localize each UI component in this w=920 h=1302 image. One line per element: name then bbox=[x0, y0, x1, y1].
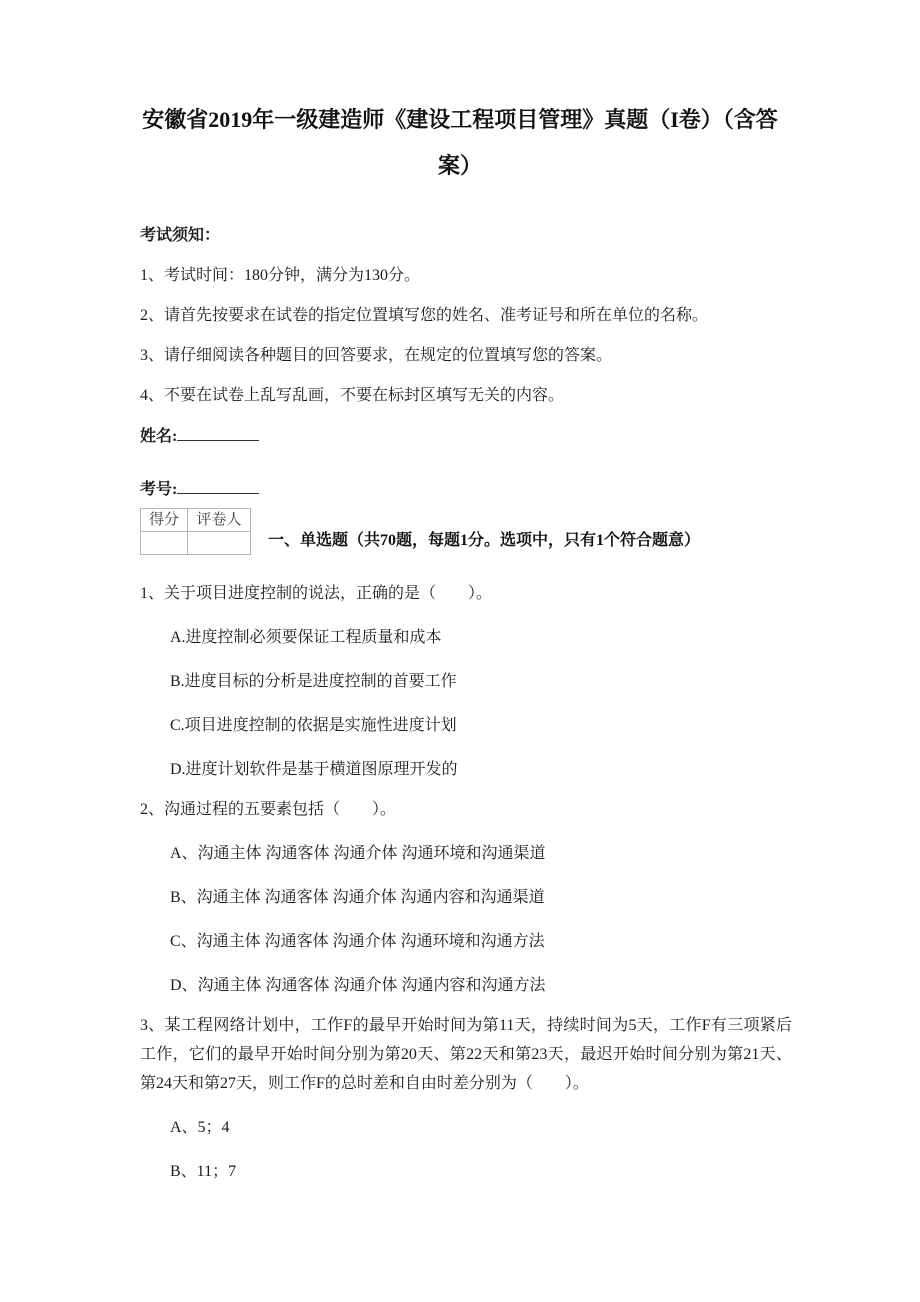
question-3-option-b: B、11；7 bbox=[140, 1157, 792, 1186]
question-2-number: 2、 bbox=[140, 801, 164, 818]
exam-no-blank-field[interactable] bbox=[177, 475, 259, 494]
name-blank-field[interactable] bbox=[177, 422, 259, 441]
question-1-stem: 关于项目进度控制的说法，正确的是（ ）。 bbox=[164, 585, 492, 602]
question-3-text: 3、某工程网络计划中，工作F的最早开始时间为第11天，持续时间为5天，工作F有三… bbox=[140, 1011, 792, 1098]
question-1-option-a: A.进度控制必须要保证工程质量和成本 bbox=[140, 623, 792, 652]
notice-item-2: 2、请首先按要求在试卷的指定位置填写您的姓名、准考证号和所在单位的名称。 bbox=[140, 301, 792, 330]
question-1-option-c: C.项目进度控制的依据是实施性进度计划 bbox=[140, 711, 792, 740]
question-3-number: 3、 bbox=[140, 1017, 165, 1034]
question-2-stem: 沟通过程的五要素包括（ ）。 bbox=[164, 801, 396, 818]
page-title-line-1: 安徽省2019年一级建造师《建设工程项目管理》真题（I卷）（含答 bbox=[142, 107, 778, 132]
notice-heading: 考试须知： bbox=[140, 221, 792, 250]
question-3-option-a: A、5；4 bbox=[140, 1113, 792, 1142]
question-1-number: 1、 bbox=[140, 585, 164, 602]
question-2-option-a: A、沟通主体 沟通客体 沟通介体 沟通环境和沟通渠道 bbox=[140, 839, 792, 868]
exam-no-label: 考号: bbox=[140, 481, 177, 498]
question-2: 2、沟通过程的五要素包括（ ）。 A、沟通主体 沟通客体 沟通介体 沟通环境和沟… bbox=[140, 795, 792, 1000]
score-section: 得分 评卷人 一、单选题（共70题，每题1分。选项中，只有1个符合题意） bbox=[140, 508, 792, 555]
score-header-cell: 得分 bbox=[141, 509, 188, 532]
exam-no-field-row: 考号: bbox=[140, 475, 792, 504]
question-3: 3、某工程网络计划中，工作F的最早开始时间为第11天，持续时间为5天，工作F有三… bbox=[140, 1011, 792, 1186]
exam-document-page: 安徽省2019年一级建造师《建设工程项目管理》真题（I卷）（含答案） 考试须知：… bbox=[0, 0, 920, 1302]
grader-entry-cell[interactable] bbox=[188, 532, 251, 555]
score-table-entry-row bbox=[141, 532, 251, 555]
page-title: 安徽省2019年一级建造师《建设工程项目管理》真题（I卷）（含答案） bbox=[0, 0, 920, 189]
question-1-option-b: B.进度目标的分析是进度控制的首要工作 bbox=[140, 667, 792, 696]
question-2-option-b: B、沟通主体 沟通客体 沟通介体 沟通内容和沟通渠道 bbox=[140, 883, 792, 912]
score-table: 得分 评卷人 bbox=[140, 508, 251, 555]
name-label: 姓名: bbox=[140, 428, 177, 445]
name-field-row: 姓名: bbox=[140, 422, 792, 451]
score-entry-cell[interactable] bbox=[141, 532, 188, 555]
grader-header-cell: 评卷人 bbox=[188, 509, 251, 532]
question-3-stem: 某工程网络计划中，工作F的最早开始时间为第11天，持续时间为5天，工作F有三项紧… bbox=[140, 1017, 792, 1092]
question-1-text: 1、关于项目进度控制的说法，正确的是（ ）。 bbox=[140, 579, 792, 608]
section-heading-single-choice: 一、单选题（共70题，每题1分。选项中，只有1个符合题意） bbox=[268, 526, 700, 555]
question-1-option-d: D.进度计划软件是基于横道图原理开发的 bbox=[140, 755, 792, 784]
question-2-option-d: D、沟通主体 沟通客体 沟通介体 沟通内容和沟通方法 bbox=[140, 971, 792, 1000]
document-body: 考试须知： 1、考试时间：180分钟，满分为130分。 2、请首先按要求在试卷的… bbox=[0, 221, 920, 1186]
notice-item-3: 3、请仔细阅读各种题目的回答要求，在规定的位置填写您的答案。 bbox=[140, 341, 792, 370]
page-title-line-2: 案） bbox=[438, 153, 482, 178]
notice-item-4: 4、不要在试卷上乱写乱画，不要在标封区填写无关的内容。 bbox=[140, 381, 792, 410]
score-table-header-row: 得分 评卷人 bbox=[141, 509, 251, 532]
question-2-option-c: C、沟通主体 沟通客体 沟通介体 沟通环境和沟通方法 bbox=[140, 927, 792, 956]
question-1: 1、关于项目进度控制的说法，正确的是（ ）。 A.进度控制必须要保证工程质量和成… bbox=[140, 579, 792, 784]
notice-item-1: 1、考试时间：180分钟，满分为130分。 bbox=[140, 261, 792, 290]
question-2-text: 2、沟通过程的五要素包括（ ）。 bbox=[140, 795, 792, 824]
